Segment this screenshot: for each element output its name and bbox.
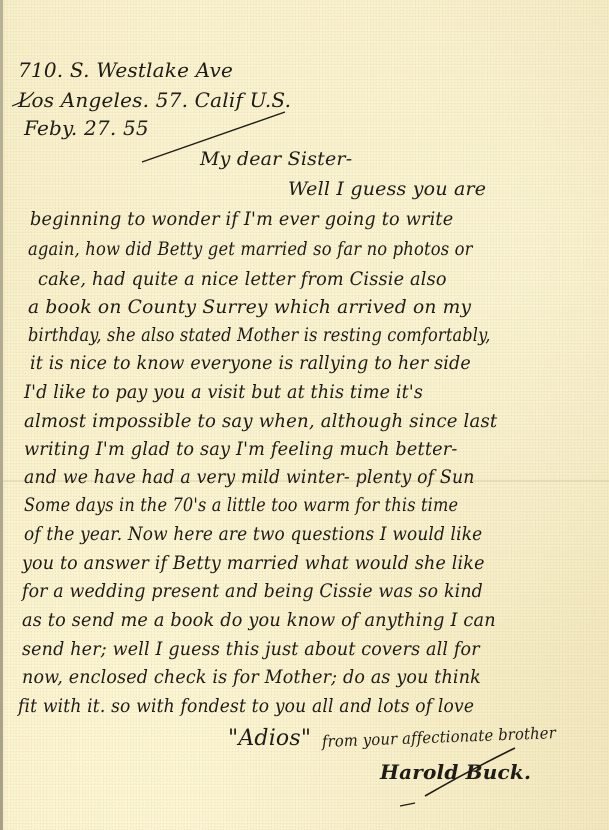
body-line: I'd like to pay you a visit but at this … bbox=[24, 383, 423, 402]
body-line: almost impossible to say when, although … bbox=[24, 412, 497, 431]
body-line: cake, had quite a nice letter from Cissi… bbox=[38, 270, 447, 289]
body-line: for a wedding present and being Cissie w… bbox=[22, 582, 483, 601]
body-line: as to send me a book do you know of anyt… bbox=[22, 611, 496, 630]
body-line: again, how did Betty get married so far … bbox=[28, 240, 473, 259]
address-city: Los Angeles. 57. Calif U.S. bbox=[18, 90, 291, 110]
body-line: Some days in the 70's a little too warm … bbox=[24, 496, 458, 515]
closing-adios: "Adios" bbox=[228, 728, 311, 750]
body-line: birthday, she also stated Mother is rest… bbox=[28, 326, 491, 345]
body-line: and we have had a very mild winter- plen… bbox=[24, 468, 475, 487]
letter-date: Feby. 27. 55 bbox=[24, 118, 149, 138]
body-line: you to answer if Betty married what woul… bbox=[22, 554, 485, 573]
closing-valediction: from your affectionate brother bbox=[322, 725, 556, 750]
signature-flourish-tail bbox=[400, 803, 415, 806]
body-line: send her; well I guess this just about c… bbox=[22, 640, 480, 659]
address-street: 710. S. Westlake Ave bbox=[18, 60, 233, 80]
body-line: fit with it. so with fondest to you all … bbox=[18, 697, 474, 716]
signature: Harold Buck. bbox=[380, 762, 531, 782]
letter-page: 710. S. Westlake Ave Los Angeles. 57. Ca… bbox=[0, 0, 609, 830]
body-line: beginning to wonder if I'm ever going to… bbox=[30, 210, 453, 229]
body-line: Well I guess you are bbox=[288, 180, 486, 199]
body-line: it is nice to know everyone is rallying … bbox=[30, 354, 471, 373]
salutation: My dear Sister- bbox=[200, 150, 352, 169]
body-line: of the year. Now here are two questions … bbox=[24, 525, 482, 544]
paper-left-edge bbox=[0, 0, 3, 830]
body-line: now, enclosed check is for Mother; do as… bbox=[22, 668, 481, 687]
body-line: writing I'm glad to say I'm feeling much… bbox=[24, 440, 458, 459]
body-line: a book on County Surrey which arrived on… bbox=[28, 298, 471, 317]
